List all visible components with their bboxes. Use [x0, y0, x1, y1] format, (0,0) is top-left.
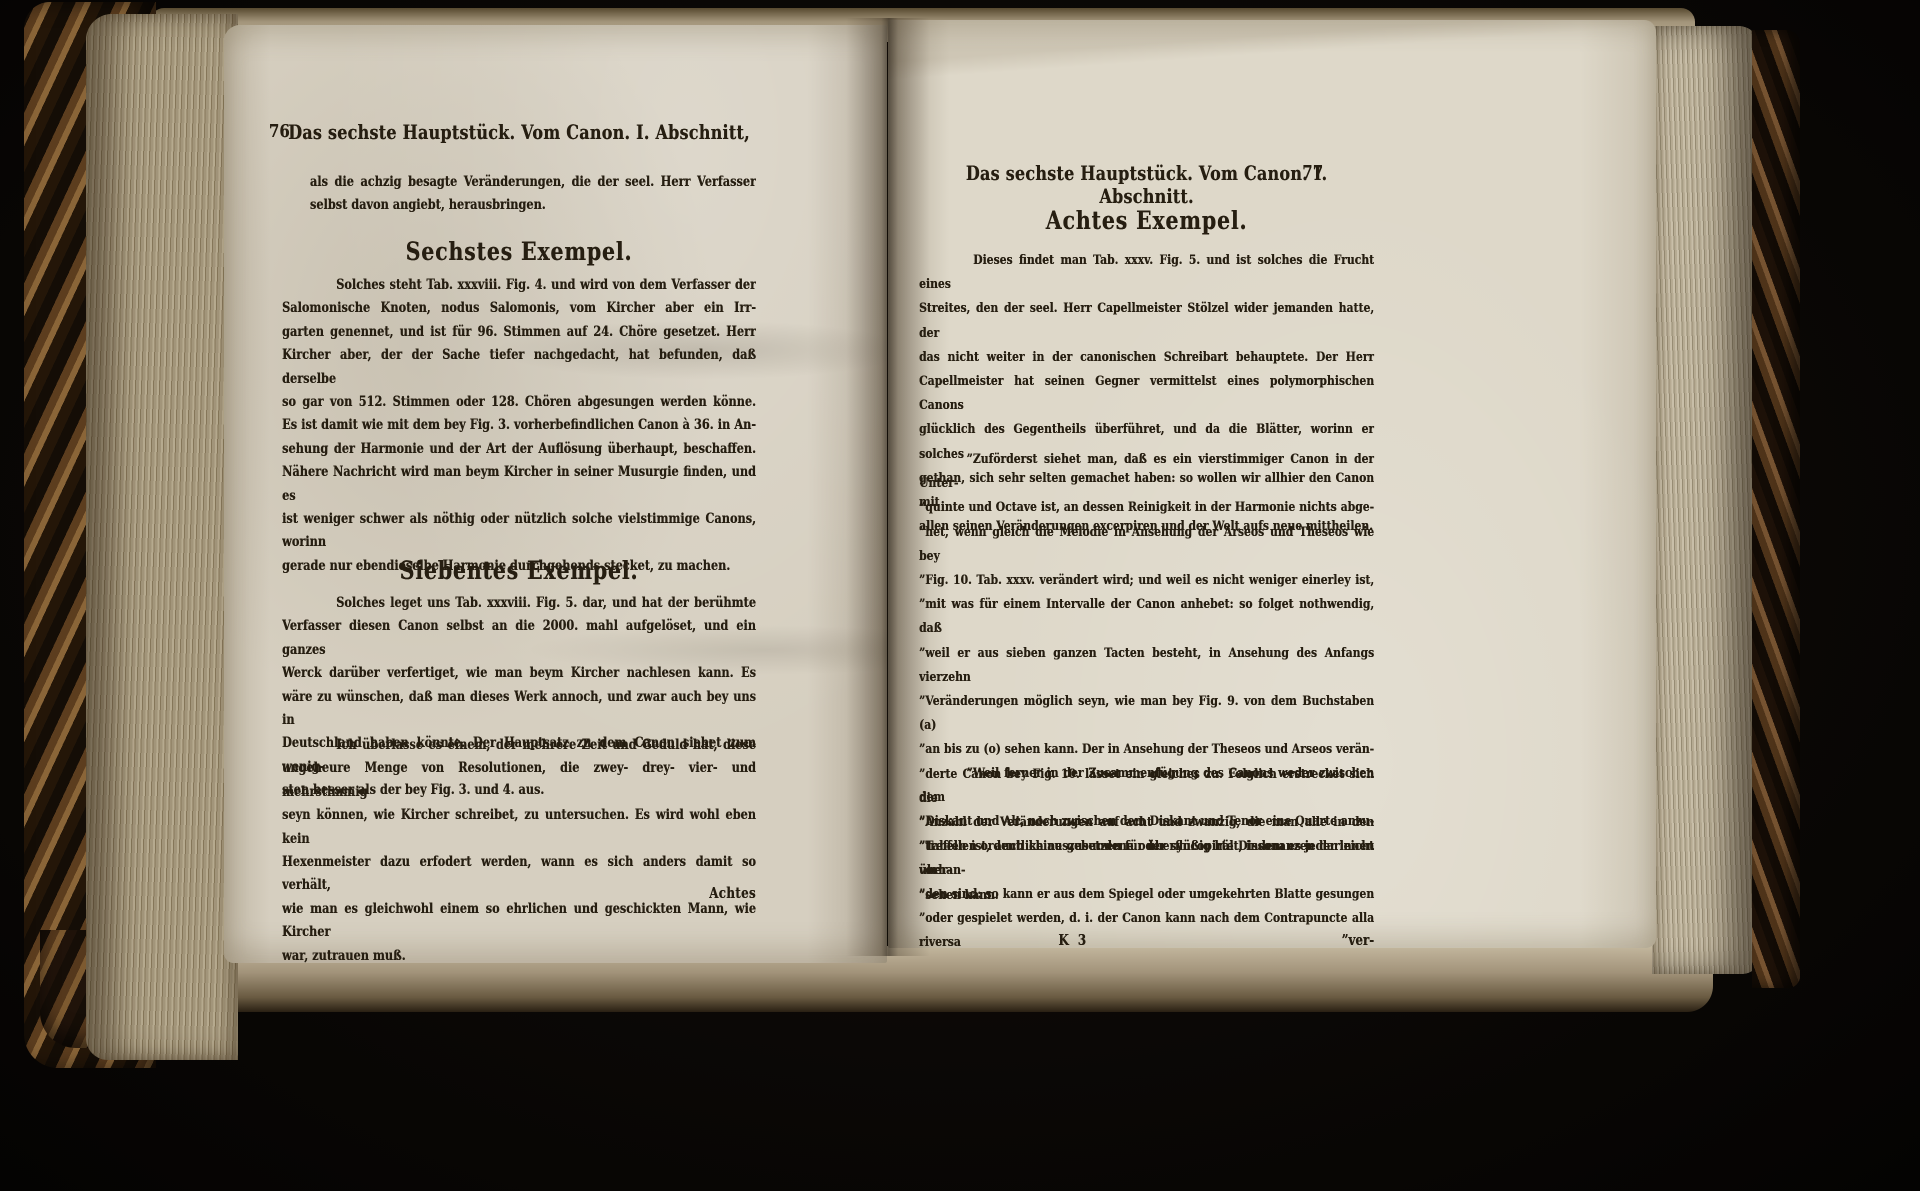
- paragraph-quote-2: ”Weil ferner in der Zusammenfügung des C…: [919, 762, 1374, 948]
- right-page-text-column: Das sechste Hauptstück. Vom Canon. I. Ab…: [919, 20, 1374, 92]
- catchword: ”ver-: [1342, 932, 1375, 948]
- right-page: Das sechste Hauptstück. Vom Canon. I. Ab…: [888, 20, 1656, 948]
- page-number: 76: [269, 121, 290, 142]
- text-line: Es ist damit wie mit dem bey Fig. 3. vor…: [282, 414, 756, 437]
- text-line: ”Zuförderst siehet man, daß es ein viers…: [919, 448, 1374, 496]
- text-line: seyn können, wie Kircher schreibet, zu u…: [282, 804, 756, 851]
- text-line: selbst davon angiebt, herausbringen.: [310, 194, 756, 217]
- text-line: Werck darüber verfertiget, wie man beym …: [282, 662, 756, 685]
- text-line: ”Veränderungen möglich seyn, wie man bey…: [919, 690, 1374, 738]
- text-line: sehung der Harmonie und der Art der Aufl…: [282, 438, 756, 461]
- running-title: Das sechste Hauptstück. Vom Canon. I. Ab…: [966, 162, 1327, 208]
- text-line: ”Weil ferner in der Zusammenfügung des C…: [919, 762, 1374, 810]
- text-line: wäre zu wünschen, daß man dieses Werk an…: [282, 686, 756, 733]
- text-line: Solches leget uns Tab. xxxviii. Fig. 5. …: [282, 592, 756, 615]
- page-number: 77: [1302, 162, 1323, 183]
- text-line: garten genennet, und ist für 96. Stimmen…: [282, 321, 756, 344]
- paragraph-sechstes: Solches steht Tab. xxxviii. Fig. 4. und …: [282, 274, 756, 578]
- section-heading-achtes: Achtes Exempel.: [919, 206, 1374, 235]
- text-line: ”het, wenn gleich die Melodie in Ansehun…: [919, 521, 1374, 569]
- text-line: Salomonische Knoten, nodus Salomonis, vo…: [282, 297, 756, 320]
- text-line: Solches steht Tab. xxxviii. Fig. 4. und …: [282, 274, 756, 297]
- text-line: ”treffen ist, auch keine gebundene oder …: [919, 835, 1374, 883]
- page-stack-right: [1652, 26, 1760, 974]
- text-line: Nähere Nachricht wird man beym Kircher i…: [282, 461, 756, 508]
- text-line: ”Diskant und Alt, noch zwischen dem Disk…: [919, 810, 1374, 834]
- page-stack-left: [86, 14, 238, 1060]
- intro-paragraph: als die achzig besagte Veränderungen, di…: [310, 171, 756, 218]
- text-line: war, zutrauen muß.: [282, 945, 756, 963]
- text-line: Ich überlasse es einem, der mehrere Zeit…: [282, 734, 756, 757]
- text-line: ”weil er aus sieben ganzen Tacten besteh…: [919, 642, 1374, 690]
- paragraph-closing: Ich überlasse es einem, der mehrere Zeit…: [282, 734, 756, 963]
- text-line: das nicht weiter in der canonischen Schr…: [919, 346, 1374, 370]
- section-heading-sechstes: Sechstes Exempel.: [282, 237, 756, 266]
- text-line: ”Fig. 10. Tab. xxxv. verändert wird; und…: [919, 569, 1374, 593]
- text-line: ”an bis zu (o) sehen kann. Der in Ansehu…: [919, 738, 1374, 762]
- text-line: ”quinte und Octave ist, an dessen Reinig…: [919, 496, 1374, 520]
- text-line: Verfasser diesen Canon selbst an die 200…: [282, 615, 756, 662]
- text-line: ”mit was für einem Intervalle der Canon …: [919, 593, 1374, 641]
- running-title: Das sechste Hauptstück. Vom Canon. I. Ab…: [288, 121, 750, 144]
- left-page: 76 Das sechste Hauptstück. Vom Canon. I.…: [224, 25, 887, 963]
- page-foot-row: K 3 ”ver-: [919, 932, 1374, 948]
- signature-mark: K 3: [1058, 932, 1088, 948]
- text-line: Streites, den der seel. Herr Capellmeist…: [919, 297, 1374, 345]
- text-line: wie man es gleichwohl einem so ehrlichen…: [282, 898, 756, 945]
- book-cover-right: [1752, 30, 1800, 988]
- text-line: Dieses findet man Tab. xxxv. Fig. 5. und…: [919, 249, 1374, 297]
- text-line: ungeheure Menge von Resolutionen, die zw…: [282, 757, 756, 804]
- text-line: ”den sind: so kann er aus dem Spiegel od…: [919, 883, 1374, 907]
- section-heading-siebentes: Siebentes Exempel.: [282, 556, 756, 585]
- text-line: Capellmeister hat seinen Gegner vermitte…: [919, 370, 1374, 418]
- page-header: Das sechste Hauptstück. Vom Canon. I. Ab…: [919, 162, 1374, 208]
- photo-backdrop: 76 Das sechste Hauptstück. Vom Canon. I.…: [0, 0, 1920, 1191]
- text-line: als die achzig besagte Veränderungen, di…: [310, 171, 756, 194]
- text-line: ist weniger schwer als nöthig oder nützl…: [282, 508, 756, 555]
- text-line: Kircher aber, der der Sache tiefer nachg…: [282, 344, 756, 391]
- left-page-text-column: 76 Das sechste Hauptstück. Vom Canon. I.…: [282, 25, 756, 48]
- catchword: Achtes: [282, 885, 756, 902]
- text-line: so gar von 512. Stimmen oder 128. Chören…: [282, 391, 756, 414]
- page-header: 76 Das sechste Hauptstück. Vom Canon. I.…: [282, 121, 756, 144]
